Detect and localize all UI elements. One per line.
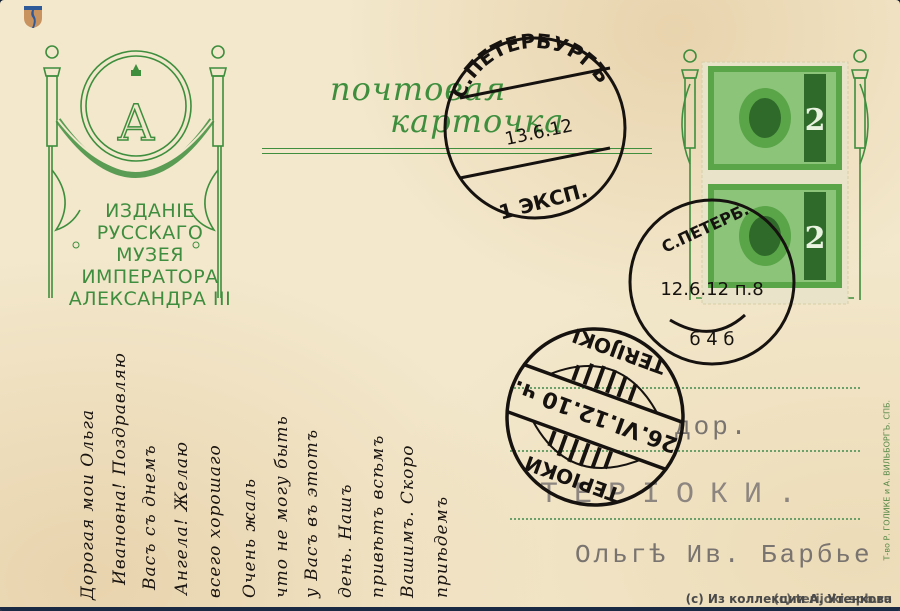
svg-text:12.6.12 п.8: 12.6.12 п.8: [660, 279, 763, 300]
handwriting-line: Дорогая мои Ольга: [78, 409, 98, 600]
svg-text:2: 2: [805, 221, 826, 256]
postmark-terijoki: 26.VI.12.10 ч. ТЕРІОКИ TERIJOKI: [498, 322, 693, 512]
handwriting-line: Васъ съ днемъ: [140, 444, 160, 590]
printer-imprint: Т-во Р. ГОЛИКЕ и А. ВИЛЬБОРГЪ. СПБ.: [882, 400, 891, 560]
town-crest-icon: [24, 6, 42, 28]
publisher-text: ИЗДАНІЕ РУССКАГО МУЗЕЯ ИМПЕРАТОРА АЛЕКСА…: [40, 200, 260, 310]
handwriting-line: всего хорошаго: [205, 444, 225, 598]
publisher-line: ИЗДАНІЕ: [40, 200, 260, 222]
handwriting-line: приѣдемъ: [432, 496, 452, 598]
svg-text:С.ПЕТЕРБ.: С.ПЕТЕРБ.: [659, 200, 752, 257]
publisher-line: ИМПЕРАТОРА: [40, 266, 260, 288]
postcard: А ИЗДАНІЕ РУССКАГО МУЗЕЯ ИМПЕРАТОРА АЛЕК…: [0, 0, 900, 611]
postmark-spb-1: С.ПЕТЕРБУРГЪ 13.6.12 1 ЭКСП.: [430, 28, 640, 228]
handwriting-line: Ивановна! Поздравляю: [110, 352, 130, 585]
svg-text:б 4 б: б 4 б: [689, 329, 734, 350]
address-line-3: [510, 518, 860, 520]
publisher-line: МУЗЕЯ: [40, 244, 260, 266]
address-recipient: Ольгѣ Ив. Барбье: [575, 540, 873, 570]
stamp-1: 2: [708, 66, 842, 170]
handwriting-line: Вашимъ. Скоро: [398, 445, 418, 598]
handwriting-line: что не могу быть: [272, 415, 292, 598]
handwriting-line: день. Нашъ: [336, 484, 356, 599]
handwriting-line: Очень жаль: [240, 478, 260, 598]
publisher-line: АЛЕКСАНДРА III: [40, 288, 260, 310]
publisher-line: РУССКАГО: [40, 222, 260, 244]
watermark-site: (c) terijoki.spb.ru: [773, 592, 892, 606]
svg-text:С.ПЕТЕРБУРГЪ: С.ПЕТЕРБУРГЪ: [446, 29, 615, 102]
handwriting-line: Ангела! Желаю: [172, 441, 192, 595]
handwriting-line: у Васъ въ этотъ: [302, 429, 322, 598]
monogram: А: [117, 94, 155, 152]
svg-text:2: 2: [805, 103, 826, 138]
svg-text:13.6.12: 13.6.12: [503, 115, 575, 150]
handwriting-line: привѣтъ всѣмъ: [368, 435, 388, 598]
